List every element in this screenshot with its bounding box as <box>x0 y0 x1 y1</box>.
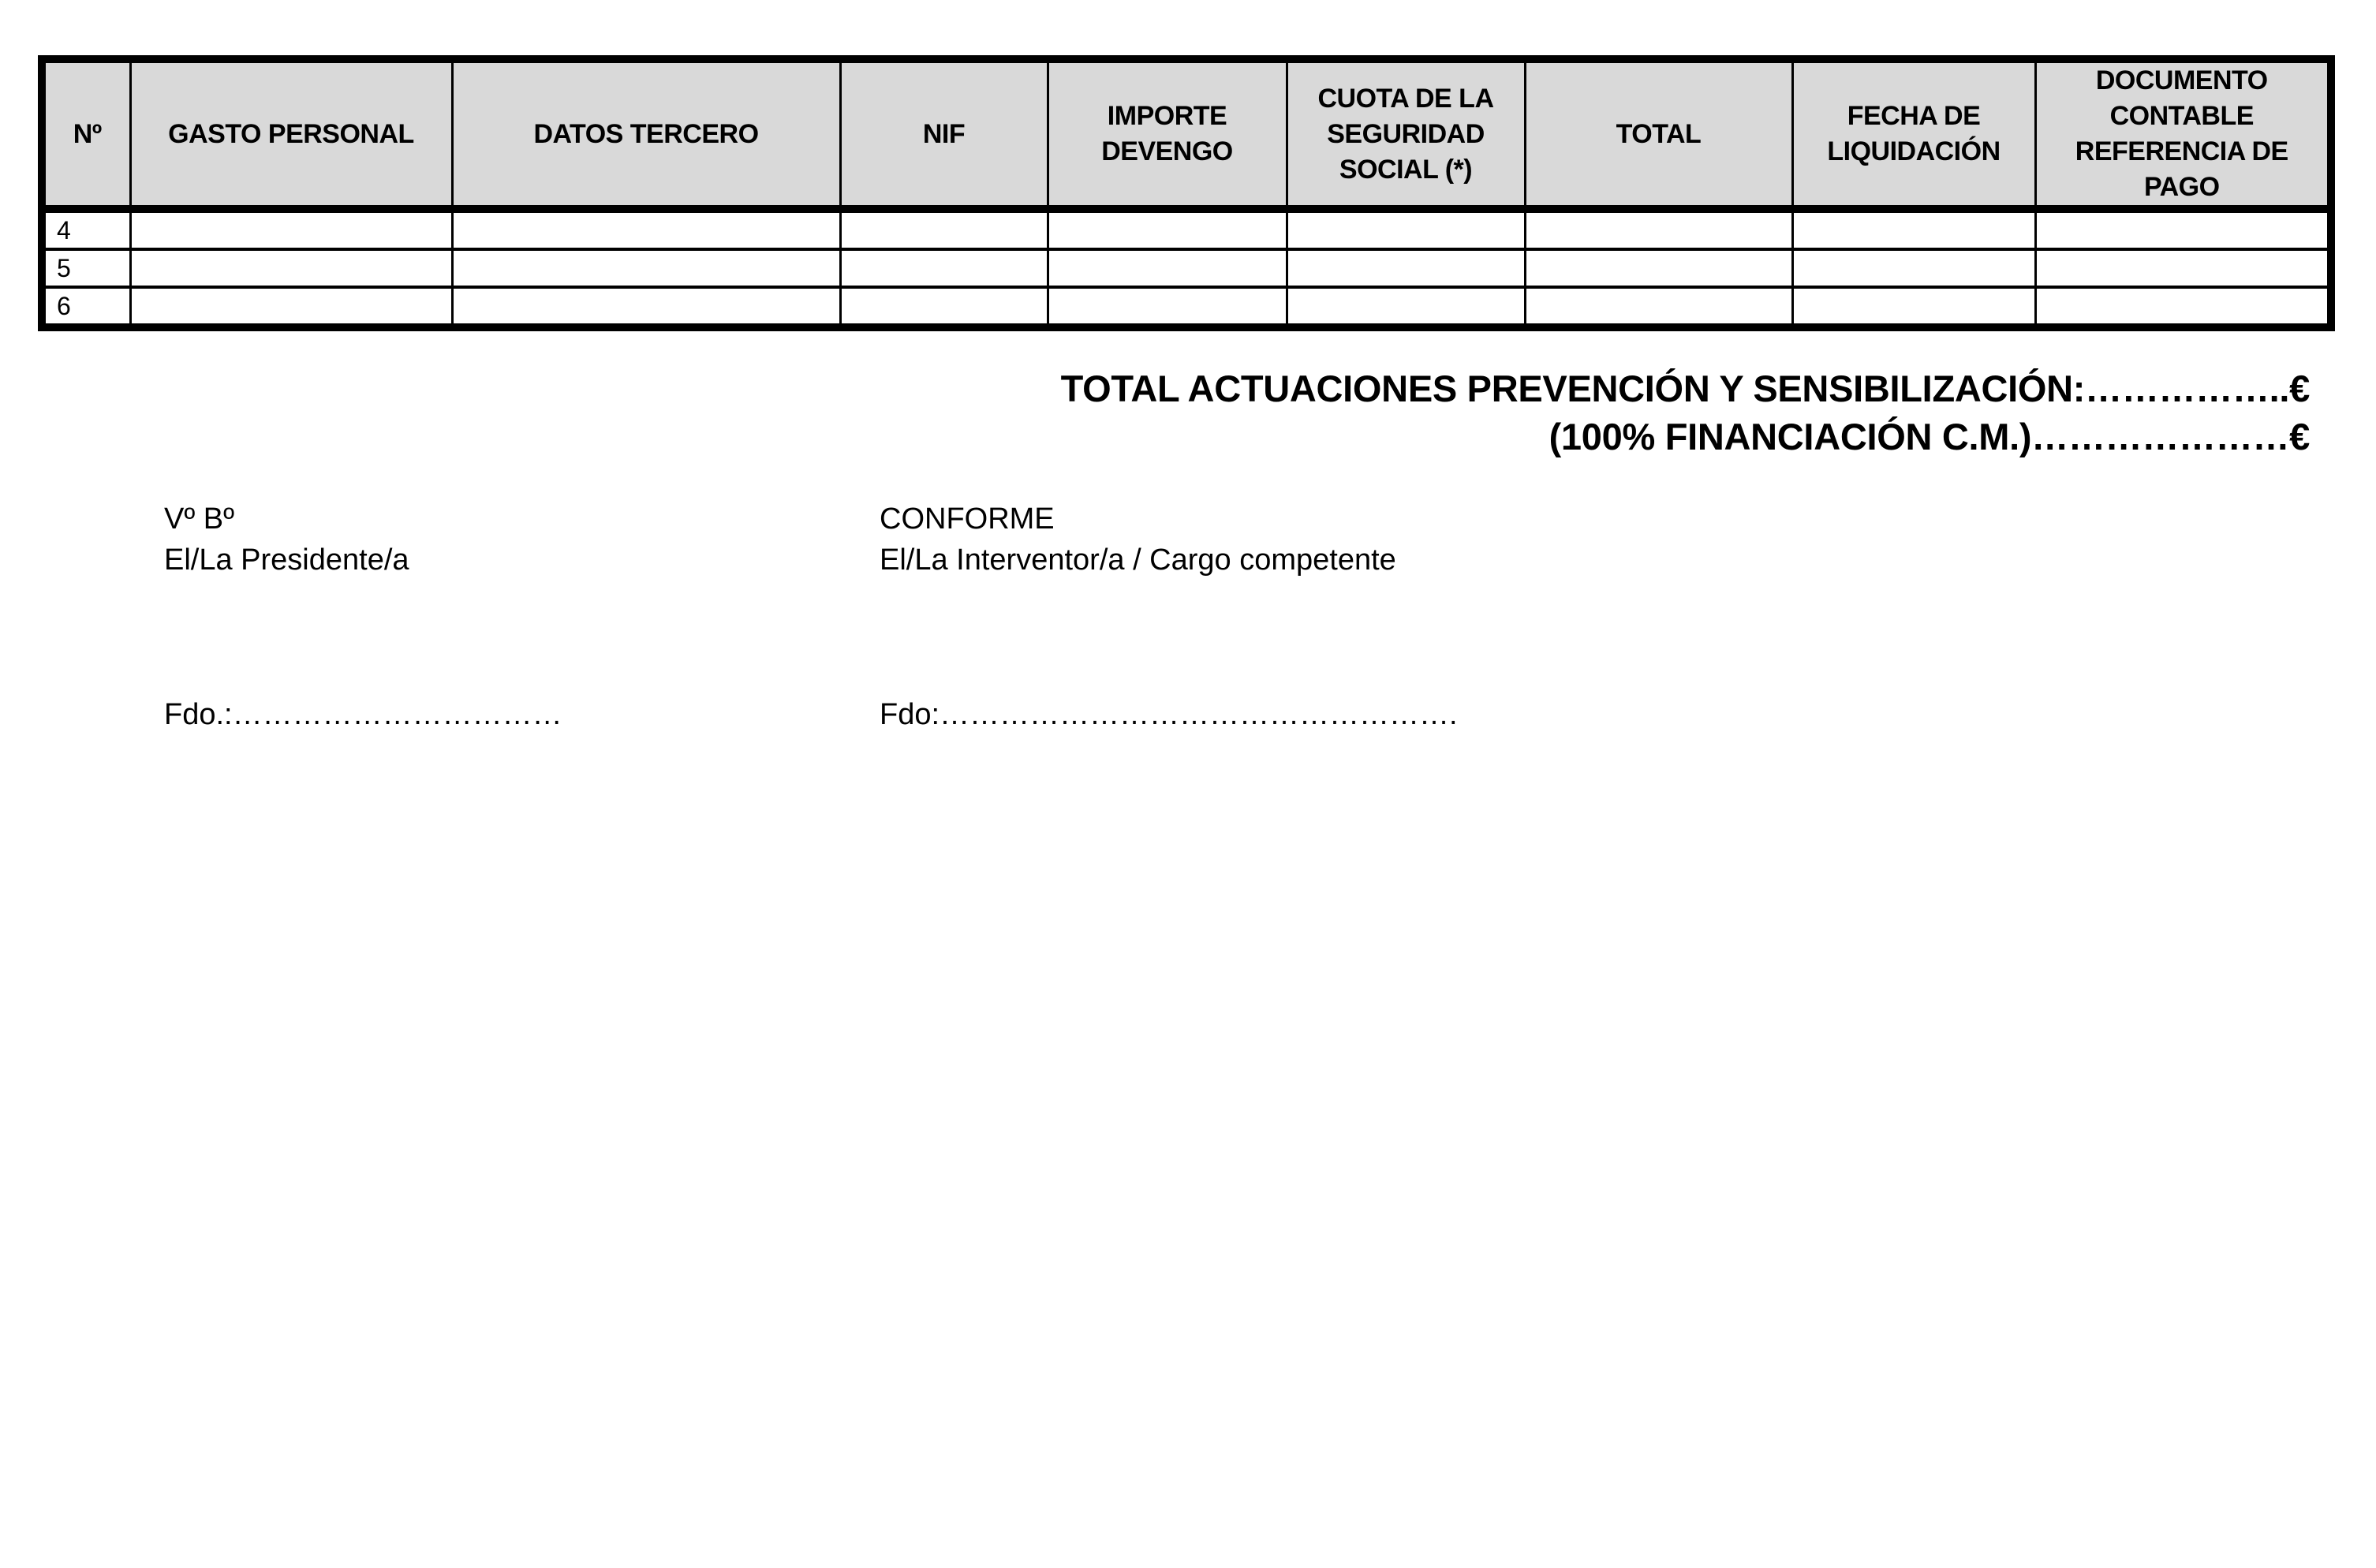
table-cell[interactable] <box>130 249 452 287</box>
table-cell[interactable] <box>1792 287 2035 323</box>
table-cell[interactable] <box>1287 249 1525 287</box>
expense-table: Nº GASTO PERSONAL DATOS TERCERO NIF IMPO… <box>46 63 2327 323</box>
header-total: TOTAL <box>1525 63 1792 209</box>
header-importe-devengo: IMPORTE DEVENGO <box>1048 63 1287 209</box>
table-cell[interactable] <box>1525 287 1792 323</box>
table-cell[interactable] <box>1287 209 1525 249</box>
table-cell[interactable] <box>452 249 840 287</box>
table-cell[interactable] <box>452 209 840 249</box>
signature-role-interventor: El/La Interventor/a / Cargo competente <box>880 539 1396 581</box>
signature-role-president: El/La Presidente/a <box>164 539 409 581</box>
table-cell[interactable] <box>1048 249 1287 287</box>
table-cell[interactable] <box>2035 209 2327 249</box>
financiacion-line: (100% FINANCIACIÓN C.M.)…………………€ <box>1061 413 2310 461</box>
table-cell[interactable] <box>1792 249 2035 287</box>
table-cell[interactable] <box>130 209 452 249</box>
table-cell[interactable] <box>130 287 452 323</box>
header-cuota-seguridad-social: CUOTA DE LA SEGURIDAD SOCIAL (*) <box>1287 63 1525 209</box>
signature-interventor: CONFORME El/La Interventor/a / Cargo com… <box>880 498 1396 581</box>
table-cell[interactable] <box>840 209 1048 249</box>
row-number: 4 <box>46 209 130 249</box>
header-number: Nº <box>46 63 130 209</box>
signature-line-interventor: Fdo:……………………………………………. <box>880 698 1458 732</box>
row-number: 6 <box>46 287 130 323</box>
totals-block: TOTAL ACTUACIONES PREVENCIÓN Y SENSIBILI… <box>1061 364 2310 461</box>
table-row: 4 <box>46 209 2327 249</box>
table-row: 6 <box>46 287 2327 323</box>
row-number: 5 <box>46 249 130 287</box>
total-actuaciones-line: TOTAL ACTUACIONES PREVENCIÓN Y SENSIBILI… <box>1061 364 2310 413</box>
table-cell[interactable] <box>452 287 840 323</box>
table-cell[interactable] <box>840 287 1048 323</box>
table-cell[interactable] <box>2035 287 2327 323</box>
signature-line-president: Fdo.:…………………………… <box>164 698 562 732</box>
header-datos-tercero: DATOS TERCERO <box>452 63 840 209</box>
header-documento-contable: DOCUMENTO CONTABLE REFERENCIA DE PAGO <box>2035 63 2327 209</box>
table-cell[interactable] <box>1048 209 1287 249</box>
table-cell[interactable] <box>1525 249 1792 287</box>
table-row: 5 <box>46 249 2327 287</box>
header-nif: NIF <box>840 63 1048 209</box>
table-cell[interactable] <box>1792 209 2035 249</box>
table-header-row: Nº GASTO PERSONAL DATOS TERCERO NIF IMPO… <box>46 63 2327 209</box>
table-cell[interactable] <box>2035 249 2327 287</box>
table-cell[interactable] <box>1287 287 1525 323</box>
signature-president: Vº Bº El/La Presidente/a <box>164 498 409 581</box>
header-gasto-personal: GASTO PERSONAL <box>130 63 452 209</box>
signature-title-vobo: Vº Bº <box>164 498 409 539</box>
table-cell[interactable] <box>840 249 1048 287</box>
expense-table-container: Nº GASTO PERSONAL DATOS TERCERO NIF IMPO… <box>38 55 2335 331</box>
signature-title-conforme: CONFORME <box>880 498 1396 539</box>
table-cell[interactable] <box>1048 287 1287 323</box>
header-fecha-liquidacion: FECHA DE LIQUIDACIÓN <box>1792 63 2035 209</box>
table-cell[interactable] <box>1525 209 1792 249</box>
table-body: 456 <box>46 209 2327 323</box>
